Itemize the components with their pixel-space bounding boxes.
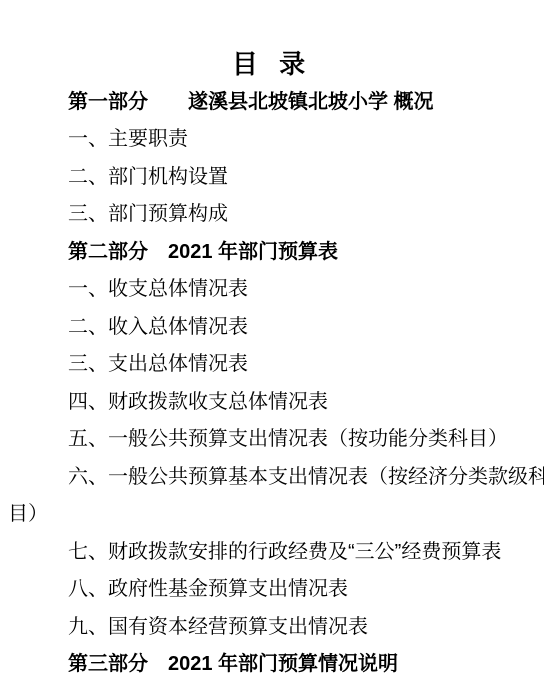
toc-item: 二、收入总体情况表	[8, 308, 536, 346]
toc-title: 目 录	[0, 44, 544, 81]
toc-item: 五、一般公共预算支出情况表（按功能分类科目）	[8, 421, 536, 459]
toc-item: 四、财政拨款收支总体情况表	[8, 383, 536, 421]
toc-item: 一、收支总体情况表	[8, 271, 536, 309]
toc-item: 六、一般公共预算基本支出情况表（按经济分类款级科	[8, 458, 536, 496]
document-page: 目 录 第一部分 遂溪县北坡镇北坡小学 概况 一、主要职责 二、部门机构设置 三…	[0, 0, 544, 682]
toc-item: 三、支出总体情况表	[8, 346, 536, 384]
toc-item: 二、部门机构设置	[8, 158, 536, 196]
toc-item: 八、政府性基金预算支出情况表	[8, 571, 536, 609]
toc-item: 九、国有资本经营预算支出情况表	[8, 608, 536, 646]
toc-part-heading-2: 第二部分 2021 年部门预算表	[8, 233, 536, 271]
toc-item: 三、部门预算构成	[8, 196, 536, 234]
table-of-contents: 第一部分 遂溪县北坡镇北坡小学 概况 一、主要职责 二、部门机构设置 三、部门预…	[8, 83, 536, 682]
toc-part-heading-3: 第三部分 2021 年部门预算情况说明	[8, 646, 536, 682]
toc-item: 一、主要职责	[8, 121, 536, 159]
toc-part-heading-1: 第一部分 遂溪县北坡镇北坡小学 概况	[8, 83, 536, 121]
toc-item-continuation: 目）	[8, 496, 536, 534]
toc-item: 七、财政拨款安排的行政经费及“三公”经费预算表	[8, 533, 536, 571]
